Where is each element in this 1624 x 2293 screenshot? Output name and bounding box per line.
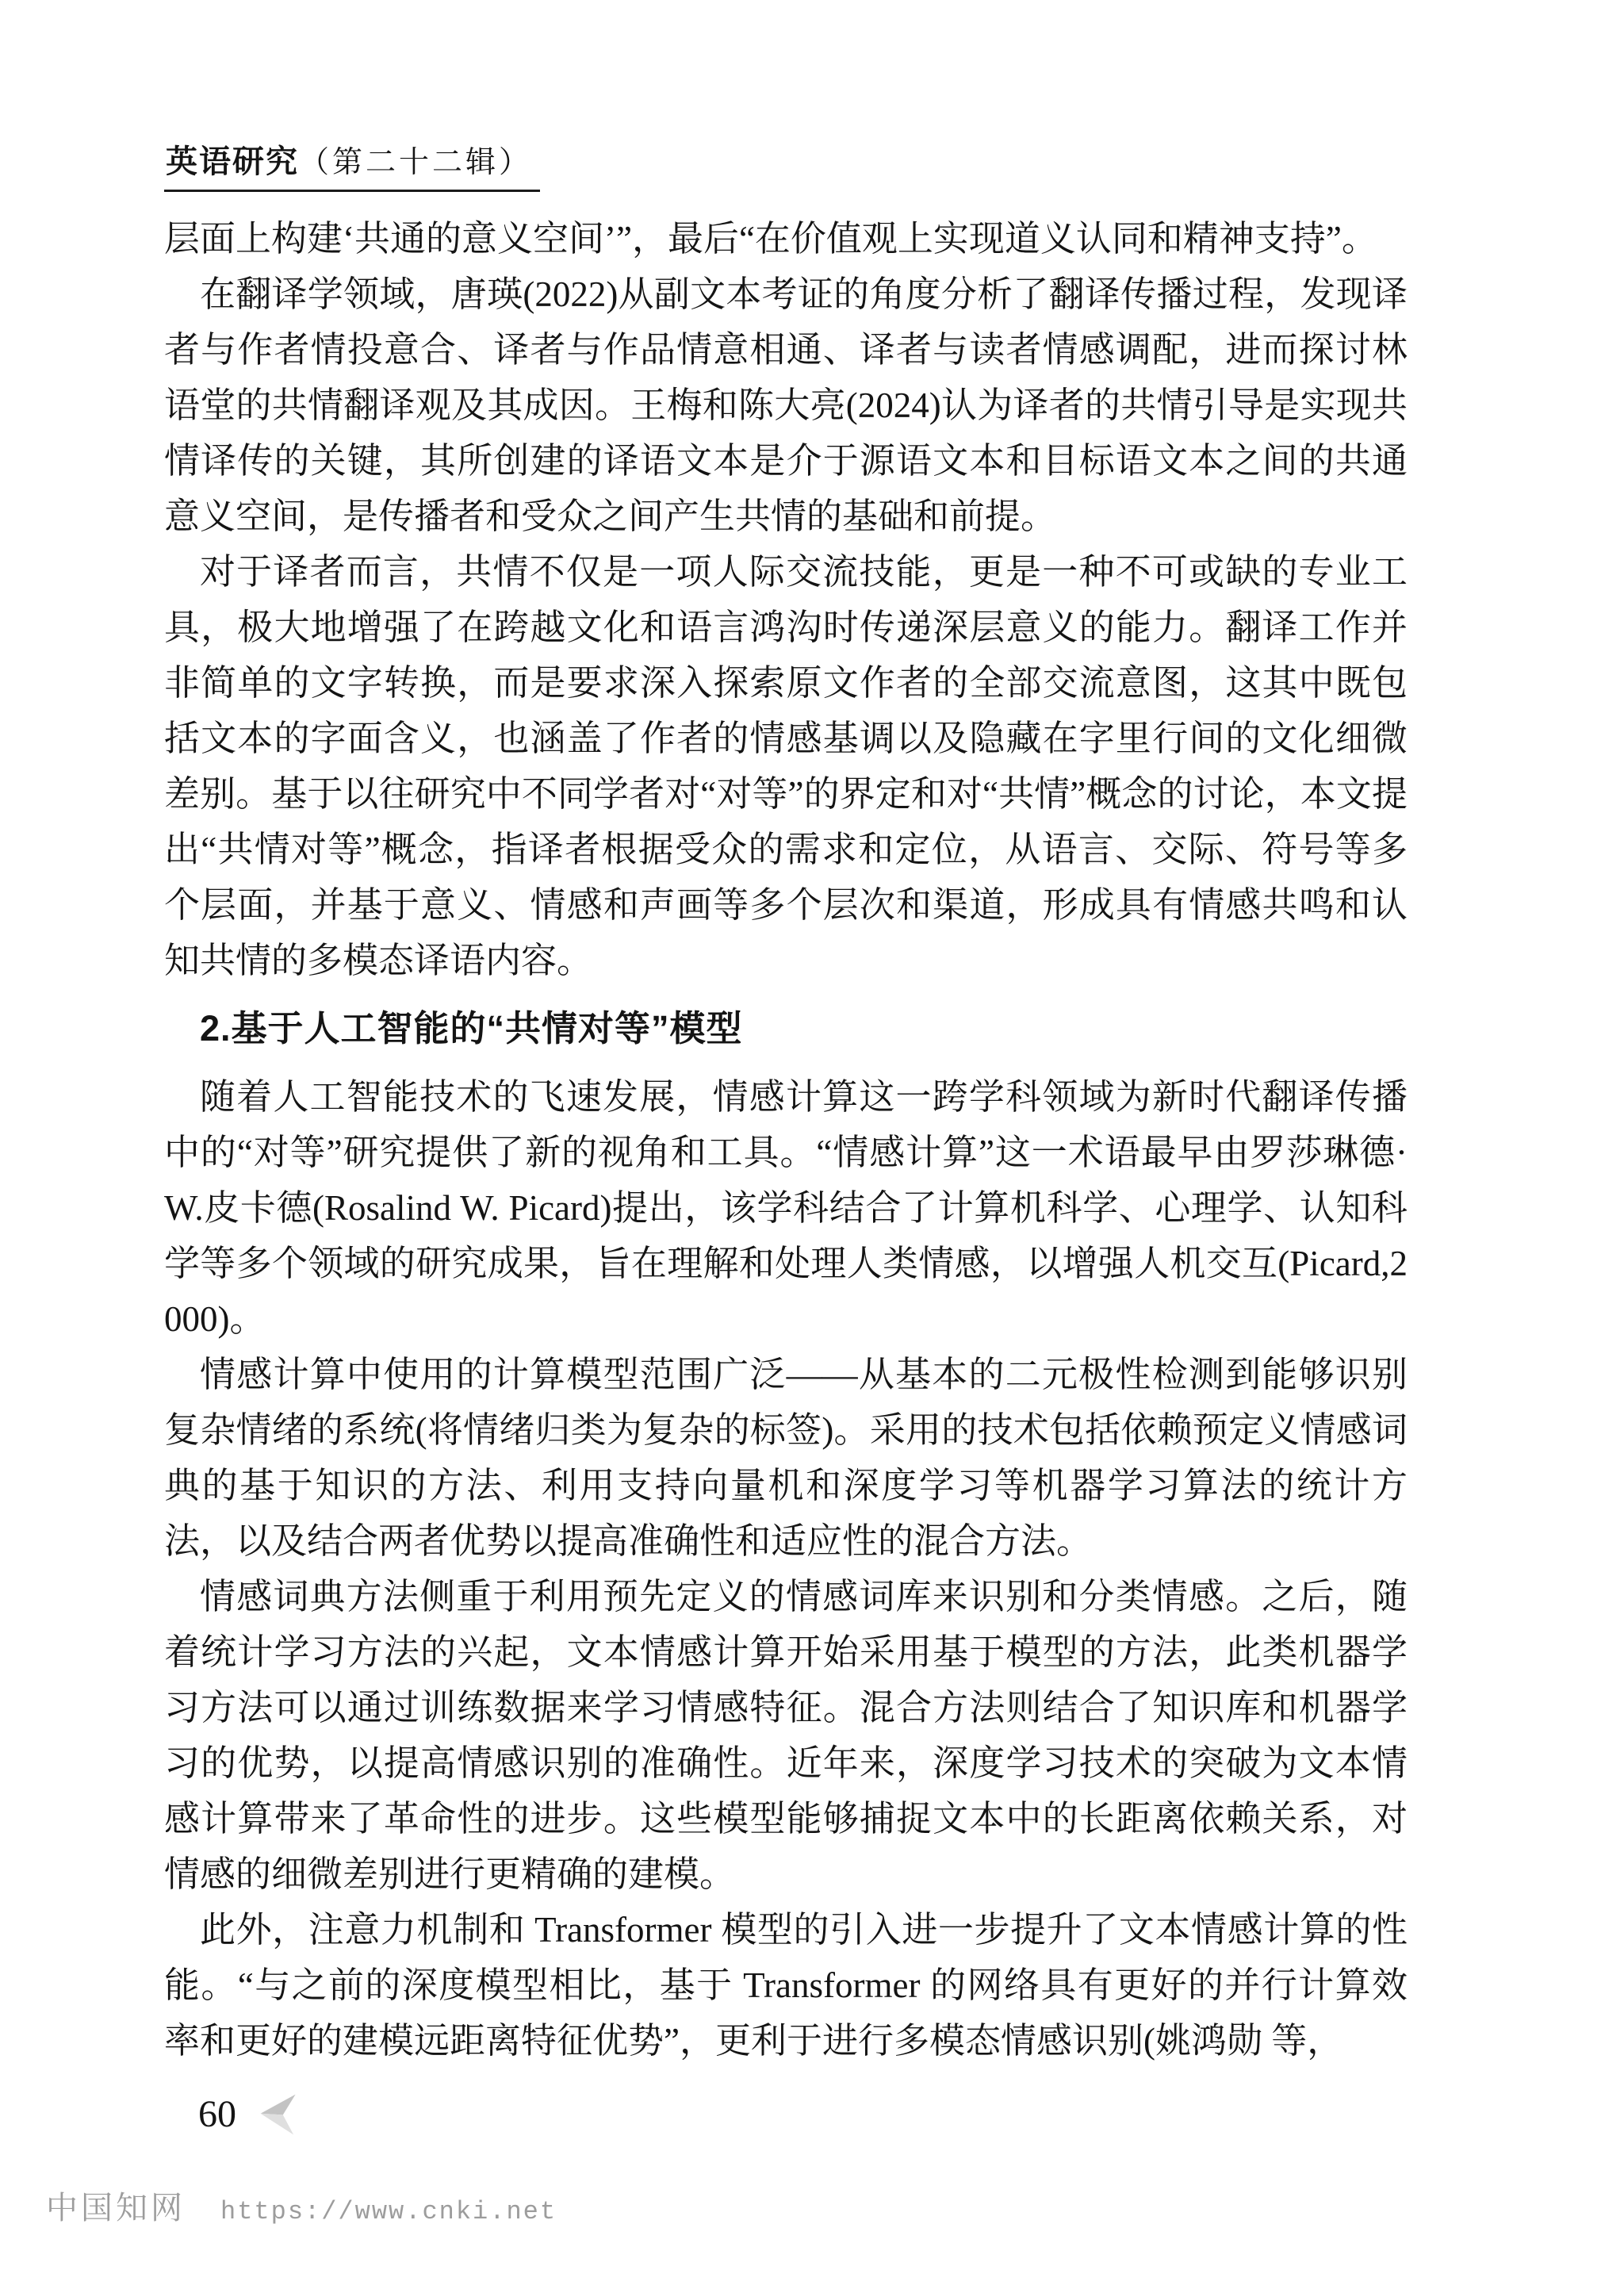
paragraph: 随着人工智能技术的飞速发展，情感计算这一跨学科领域为新时代翻译传播中的“对等”研…: [164, 1069, 1408, 1347]
journal-title: 英语研究: [166, 144, 299, 179]
journal-issue: （第二十二辑）: [299, 146, 532, 179]
page: 英语研究（第二十二辑） 层面上构建‘共通的意义空间’”，最后“在价值观上实现道义…: [0, 0, 1624, 2293]
body-text: 层面上构建‘共通的意义空间’”，最后“在价值观上实现道义认同和精神支持”。 在翻…: [164, 211, 1408, 2069]
page-number: 60: [198, 2091, 236, 2138]
paragraph-continuation: 层面上构建‘共通的意义空间’”，最后“在价值观上实现道义认同和精神支持”。: [164, 211, 1408, 266]
paragraph: 此外，注意力机制和 Transformer 模型的引入进一步提升了文本情感计算的…: [164, 1902, 1408, 2069]
page-footer: 60: [198, 2091, 298, 2138]
cnki-url: https://www.cnki.net: [220, 2197, 557, 2226]
paragraph: 情感词典方法侧重于利用预先定义的情感词库来识别和分类情感。之后，随着统计学习方法…: [164, 1569, 1408, 1902]
paragraph: 在翻译学领域，唐瑛(2022)从副文本考证的角度分析了翻译传播过程，发现译者与作…: [164, 266, 1408, 544]
cnki-watermark: 中国知网 https://www.cnki.net: [46, 2183, 557, 2228]
running-header: 英语研究（第二十二辑）: [164, 136, 540, 192]
cnki-logo-text: 中国知网: [46, 2183, 186, 2228]
section-heading: 2.基于人工智能的“共情对等”模型: [164, 1001, 1408, 1056]
page-marker-arrow-icon: [259, 2093, 298, 2136]
paragraph: 情感计算中使用的计算模型范围广泛——从基本的二元极性检测到能够识别复杂情绪的系统…: [164, 1347, 1408, 1569]
paragraph: 对于译者而言，共情不仅是一项人际交流技能，更是一种不可或缺的专业工具，极大地增强…: [164, 544, 1408, 988]
